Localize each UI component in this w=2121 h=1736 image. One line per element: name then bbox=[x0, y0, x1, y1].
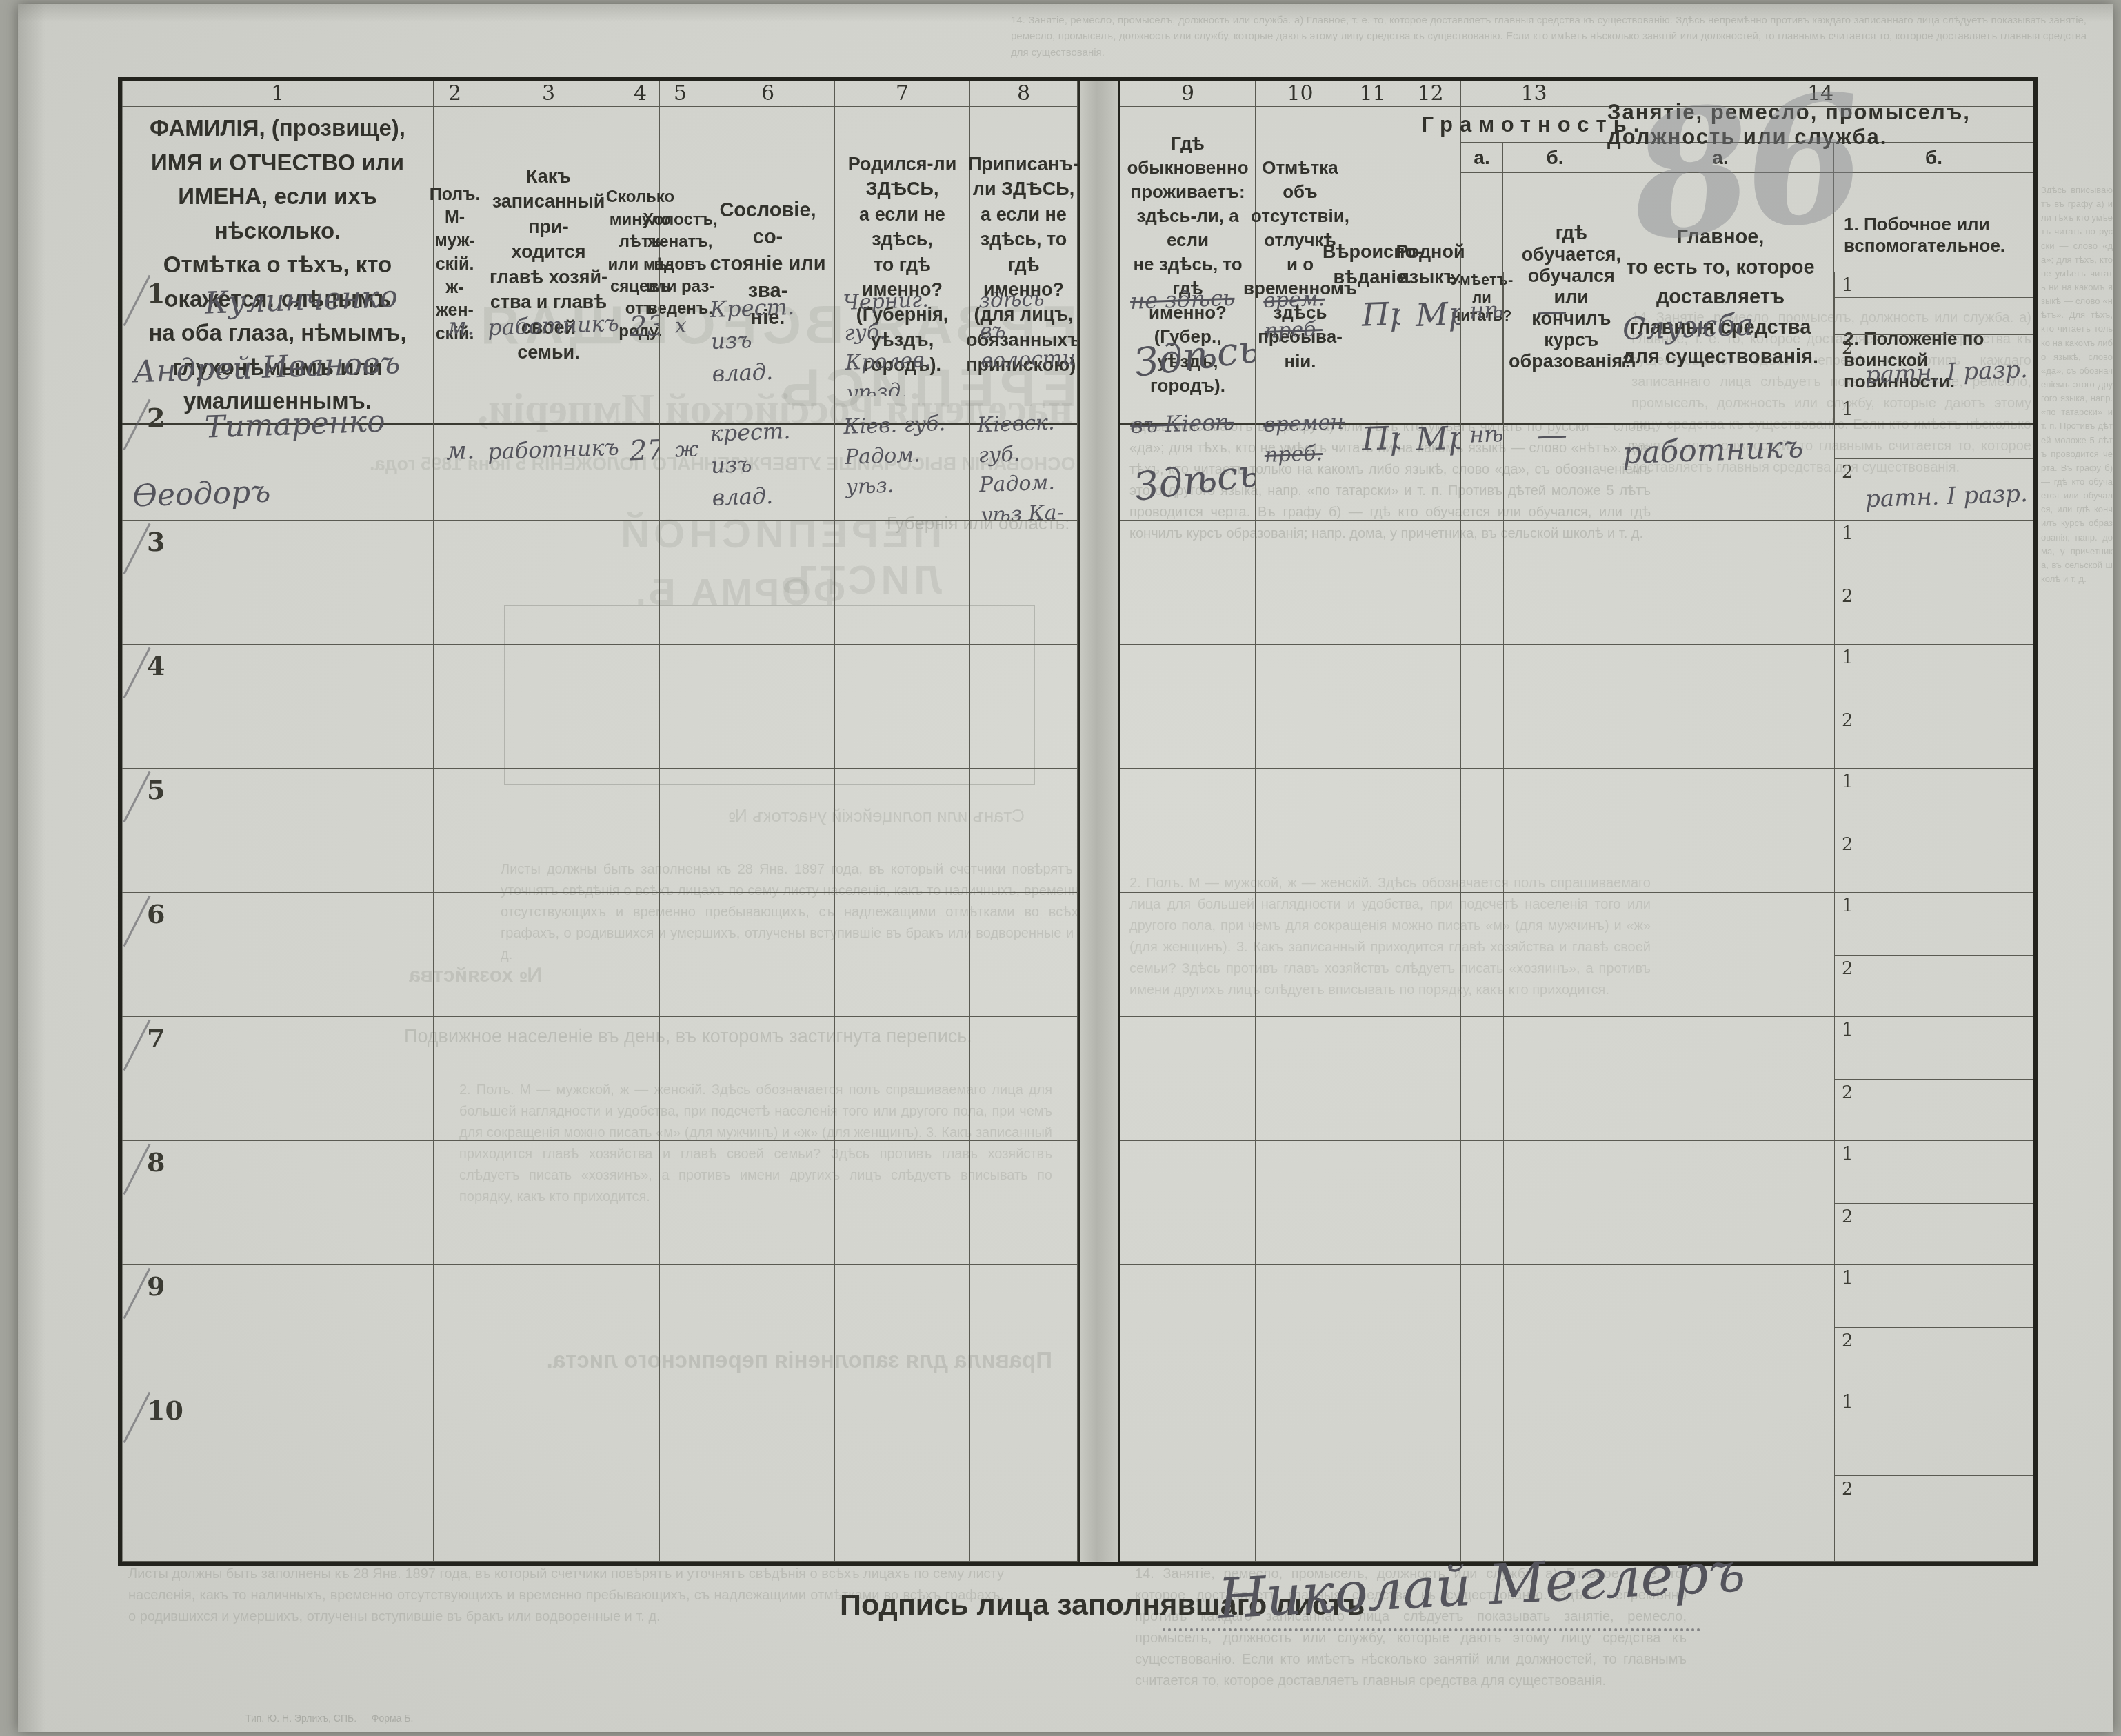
cell-registration bbox=[970, 1017, 1078, 1141]
handwritten-birthplace: Черниг. губ. Кролев. уѣзд. bbox=[843, 284, 966, 396]
row-number: 6 bbox=[147, 898, 165, 929]
cell-relation bbox=[476, 645, 621, 769]
handwritten-military-status bbox=[1865, 1345, 2033, 1351]
handwritten-absence-struck bbox=[1264, 1152, 1339, 1155]
handwritten-military-status bbox=[1865, 1221, 2033, 1227]
cell-literacy-b bbox=[1504, 1141, 1607, 1265]
handwritten-registration bbox=[980, 904, 1072, 907]
handwritten-age bbox=[630, 1051, 654, 1051]
cell-literacy-a: нѣт bbox=[1461, 396, 1504, 521]
cell-religion bbox=[1345, 893, 1400, 1017]
paper-sheet: ПЕРВАЯ ВСЕОБЩАЯ ПЕРЕПИСЬ населенія Россі… bbox=[18, 4, 2113, 1732]
table-row: 2 Титаренко Ѳеодоръ Даміановъ м. работни… bbox=[122, 396, 2033, 521]
cell-occupation-secondary: 1 2 ратн. I разр. bbox=[1835, 396, 2033, 521]
handwritten-relation bbox=[487, 556, 615, 560]
cell-name: 3 bbox=[122, 521, 434, 645]
handwritten-education bbox=[1537, 1280, 1601, 1282]
cell-estate bbox=[701, 1389, 835, 1562]
cell-birthplace bbox=[835, 1017, 970, 1141]
handwritten-sex: м. bbox=[445, 309, 471, 345]
cell-registration bbox=[970, 1389, 1078, 1562]
cell-estate bbox=[701, 1017, 835, 1141]
handwritten-relation bbox=[487, 1176, 615, 1180]
handwritten-literacy bbox=[1469, 914, 1498, 915]
column-number: 1 bbox=[122, 81, 433, 107]
handwritten-education bbox=[1537, 1404, 1601, 1406]
military-status-subcell: 2 ратн. I разр. bbox=[1835, 334, 2033, 396]
cell-residence bbox=[1120, 521, 1256, 645]
cell-relation bbox=[476, 521, 621, 645]
handwritten-surname: Кулинченко bbox=[204, 274, 428, 325]
handwritten-education bbox=[1537, 536, 1601, 538]
cell-literacy-a bbox=[1461, 769, 1504, 893]
subrow-number: 1 bbox=[1842, 1020, 1853, 1040]
handwritten-language bbox=[1416, 1160, 1455, 1161]
cell-occupation-main bbox=[1607, 769, 1835, 893]
cell-native-language bbox=[1400, 1389, 1461, 1562]
cell-literacy-b bbox=[1504, 769, 1607, 893]
cell-name: 2 Титаренко Ѳеодоръ Даміановъ bbox=[122, 396, 434, 521]
handwritten-military-status bbox=[1865, 849, 2033, 855]
cell-literacy-a bbox=[1461, 521, 1504, 645]
cell-marital-status bbox=[660, 769, 701, 893]
row-number: 8 bbox=[147, 1147, 165, 1178]
cell-absence-note bbox=[1256, 645, 1345, 769]
handwritten-military-status: ратн. I разр. bbox=[1864, 476, 2033, 516]
cell-religion: Пр. bbox=[1345, 272, 1400, 396]
column-number: 13 bbox=[1461, 81, 1607, 107]
handwritten-relation bbox=[487, 804, 615, 808]
cell-literacy-b: — bbox=[1504, 272, 1607, 396]
handwritten-marital: ж. bbox=[674, 435, 696, 465]
handwritten-residence-struck: въ Кіевѣ bbox=[1129, 405, 1250, 441]
cell-name: 8 bbox=[122, 1141, 434, 1265]
handwritten-sex bbox=[446, 681, 470, 682]
handwritten-education: — bbox=[1536, 287, 1602, 334]
handwritten-sex bbox=[446, 805, 470, 806]
page-fold-seam bbox=[1078, 1389, 1120, 1562]
handwritten-side-occupation bbox=[1865, 414, 2033, 421]
handwritten-literacy bbox=[1469, 1286, 1498, 1287]
handwritten-occupation bbox=[1622, 549, 1829, 556]
occupation-side-subcell: 1 bbox=[1835, 521, 2033, 583]
handwritten-relation: работникъ bbox=[487, 307, 616, 344]
cell-sex bbox=[434, 1017, 476, 1141]
cell-registration bbox=[970, 1265, 1078, 1389]
cell-relation bbox=[476, 1017, 621, 1141]
handwritten-occupation bbox=[1622, 1417, 1829, 1424]
handwritten-registration bbox=[980, 532, 1072, 535]
handwritten-side-occupation bbox=[1865, 911, 2033, 917]
cell-registration: здѣсь въ волости bbox=[970, 272, 1078, 396]
handwritten-estate: Крест. изъ влад. bbox=[710, 290, 831, 390]
handwritten-given-names bbox=[133, 1288, 428, 1298]
cell-name: 6 bbox=[122, 893, 434, 1017]
handwritten-residence-struck bbox=[1130, 1026, 1249, 1030]
cell-relation bbox=[476, 1389, 621, 1562]
cell-literacy-a bbox=[1461, 1389, 1504, 1562]
column-number: 6 bbox=[701, 81, 834, 107]
scanned-census-sheet: { "sheet_number": "86", "header": { "c1"… bbox=[0, 0, 2121, 1736]
cell-literacy-a: нѣт bbox=[1461, 272, 1504, 396]
cell-marital-status bbox=[660, 1017, 701, 1141]
handwritten-literacy bbox=[1469, 542, 1498, 543]
cell-occupation-main bbox=[1607, 1265, 1835, 1389]
handwritten-sex bbox=[446, 1426, 470, 1426]
handwritten-residence-struck bbox=[1130, 1150, 1249, 1154]
cell-estate bbox=[701, 893, 835, 1017]
cell-literacy-a bbox=[1461, 1141, 1504, 1265]
handwritten-language: Мр. bbox=[1415, 415, 1456, 463]
handwritten-surname bbox=[205, 1142, 428, 1150]
handwritten-residence-struck bbox=[1130, 1274, 1249, 1278]
handwritten-side-occupation bbox=[1865, 663, 2033, 669]
cell-literacy-a bbox=[1461, 1265, 1504, 1389]
cell-residence: не здѣсь Здѣсь bbox=[1120, 272, 1256, 396]
subrow-number: 2 bbox=[1842, 1479, 1853, 1500]
subrow-number: 1 bbox=[1842, 896, 1853, 916]
bleedthrough-margin-smallprint: Здѣсь вписываютъ въ графу а) или тѣхъ кт… bbox=[2041, 183, 2113, 1617]
cell-religion bbox=[1345, 645, 1400, 769]
handwritten-occupation bbox=[1622, 1045, 1829, 1052]
cell-birthplace bbox=[835, 645, 970, 769]
cell-age bbox=[621, 1389, 660, 1562]
cell-literacy-b bbox=[1504, 1017, 1607, 1141]
cell-age bbox=[621, 1017, 660, 1141]
handwritten-marital bbox=[675, 683, 695, 683]
cell-birthplace bbox=[835, 1265, 970, 1389]
handwritten-language bbox=[1416, 787, 1455, 789]
cell-occupation-secondary: 1 2 bbox=[1835, 769, 2033, 893]
handwritten-marital bbox=[675, 1303, 695, 1304]
cell-occupation-secondary: 1 2 bbox=[1835, 1141, 2033, 1265]
handwritten-registration bbox=[980, 1400, 1072, 1404]
table-body: 1 Кулинченко Андрей Ивановъ м. работникъ… bbox=[122, 272, 2033, 1562]
handwritten-estate bbox=[711, 1034, 829, 1038]
subrow-number: 2 bbox=[1842, 710, 1853, 731]
table-row: 3 1 2 bbox=[122, 521, 2033, 645]
handwritten-side-occupation bbox=[1865, 538, 2033, 545]
cell-registration: Кіевск. губ. Радом. уѣз Ка- рабач. общ. bbox=[970, 396, 1078, 521]
row-number: 4 bbox=[147, 650, 165, 681]
handwritten-absence-struck bbox=[1264, 1400, 1339, 1403]
literacy-ab-row: а. б. bbox=[1461, 143, 1607, 173]
handwritten-marital bbox=[675, 1427, 695, 1428]
handwritten-religion bbox=[1362, 1284, 1394, 1285]
handwritten-language bbox=[1416, 1284, 1455, 1285]
cell-name: 5 bbox=[122, 769, 434, 893]
page-fold-seam bbox=[1078, 1265, 1120, 1389]
handwritten-side-occupation bbox=[1865, 1035, 2033, 1041]
handwritten-religion bbox=[1362, 1036, 1394, 1037]
handwritten-literacy: нѣт bbox=[1469, 418, 1498, 451]
occupation-side-subcell: 1 bbox=[1835, 1389, 2033, 1475]
cell-marital-status bbox=[660, 1265, 701, 1389]
cell-native-language bbox=[1400, 1017, 1461, 1141]
sheet-number-pencil: 86 bbox=[1622, 55, 1868, 281]
handwritten-marital bbox=[675, 931, 695, 931]
cell-marital-status bbox=[660, 521, 701, 645]
handwritten-religion bbox=[1362, 911, 1394, 913]
cell-absence-note: врем. преб. bbox=[1256, 272, 1345, 396]
cell-marital-status bbox=[660, 1141, 701, 1265]
cell-sex bbox=[434, 521, 476, 645]
cell-absence-note bbox=[1256, 769, 1345, 893]
cell-age bbox=[621, 769, 660, 893]
handwritten-absence-struck bbox=[1264, 904, 1339, 907]
subrow-number: 2 bbox=[1842, 1082, 1853, 1103]
cell-residence bbox=[1120, 1389, 1256, 1562]
literacy-title: Грамотность. bbox=[1461, 107, 1607, 143]
row-number: 10 bbox=[147, 1395, 183, 1426]
handwritten-registration bbox=[980, 1276, 1072, 1280]
handwritten-estate bbox=[711, 1158, 829, 1162]
handwritten-residence bbox=[1135, 1276, 1249, 1290]
handwritten-birthplace: Кіев. губ. Радом. уѣз. bbox=[843, 408, 965, 502]
handwritten-language bbox=[1416, 911, 1455, 913]
handwritten-side-occupation bbox=[1865, 1407, 2033, 1413]
occupation-side-subcell: 1 bbox=[1835, 1141, 2033, 1203]
table-row: 8 1 2 bbox=[122, 1141, 2033, 1265]
cell-sex: м. bbox=[434, 272, 476, 396]
cell-registration bbox=[970, 645, 1078, 769]
row-number: 9 bbox=[147, 1271, 165, 1302]
handwritten-language bbox=[1416, 1036, 1455, 1037]
subrow-number: 2 bbox=[1842, 834, 1853, 855]
handwritten-age: 23 bbox=[629, 306, 654, 347]
military-status-subcell: 2 bbox=[1835, 1203, 2033, 1265]
cell-birthplace bbox=[835, 893, 970, 1017]
cell-estate bbox=[701, 1265, 835, 1389]
handwritten-religion bbox=[1362, 1408, 1394, 1409]
cell-sex bbox=[434, 769, 476, 893]
handwritten-given-names bbox=[133, 916, 428, 926]
cell-estate bbox=[701, 521, 835, 645]
subrow-number: 1 bbox=[1842, 1392, 1853, 1413]
handwritten-given-names: Ѳеодоръ Даміановъ bbox=[132, 464, 429, 521]
handwritten-sex bbox=[446, 1178, 470, 1178]
column-number: 10 bbox=[1256, 81, 1345, 107]
cell-age bbox=[621, 1265, 660, 1389]
occupation-b-label: б. bbox=[1834, 143, 2033, 172]
handwritten-age bbox=[630, 1299, 654, 1300]
subrow-number: 2 bbox=[1842, 1331, 1853, 1351]
cell-occupation-main: работникъ bbox=[1607, 396, 1835, 521]
cell-relation bbox=[476, 893, 621, 1017]
cell-relation bbox=[476, 1141, 621, 1265]
handwritten-relation bbox=[487, 1424, 615, 1429]
handwritten-military-status: ратн. I разр. bbox=[1864, 352, 2033, 392]
cell-relation bbox=[476, 769, 621, 893]
table-row: 6 1 2 bbox=[122, 893, 2033, 1017]
handwritten-occupation: работникъ bbox=[1622, 425, 1829, 476]
cell-estate bbox=[701, 1141, 835, 1265]
cell-marital-status: ж. bbox=[660, 396, 701, 521]
handwritten-relation bbox=[487, 1300, 615, 1304]
handwritten-estate bbox=[711, 538, 829, 542]
handwritten-occupation bbox=[1622, 797, 1829, 804]
cell-absence-note bbox=[1256, 1141, 1345, 1265]
handwritten-age: 27 bbox=[629, 430, 654, 471]
handwritten-residence bbox=[1135, 656, 1249, 669]
handwritten-surname bbox=[205, 1018, 428, 1026]
page-fold-seam bbox=[1078, 1017, 1120, 1141]
cell-age bbox=[621, 645, 660, 769]
handwritten-military-status bbox=[1865, 600, 2033, 607]
cell-marital-status bbox=[660, 893, 701, 1017]
handwritten-age bbox=[630, 1175, 654, 1175]
handwritten-age bbox=[630, 678, 654, 679]
handwritten-surname bbox=[205, 1266, 428, 1274]
cell-relation: работникъ bbox=[476, 272, 621, 396]
cell-age bbox=[621, 521, 660, 645]
literacy-a-label: а. bbox=[1461, 143, 1503, 172]
subrow-number: 1 bbox=[1842, 523, 1853, 544]
subrow-number: 2 bbox=[1842, 586, 1853, 607]
table-row: 5 1 2 bbox=[122, 769, 2033, 893]
handwritten-estate bbox=[711, 1282, 829, 1286]
subrow-number: 2 bbox=[1842, 462, 1853, 483]
cell-absence-note bbox=[1256, 1017, 1345, 1141]
cell-residence bbox=[1120, 1141, 1256, 1265]
cell-birthplace: Черниг. губ. Кролев. уѣзд. bbox=[835, 272, 970, 396]
handwritten-education bbox=[1537, 660, 1601, 662]
cell-estate bbox=[701, 645, 835, 769]
handwritten-occupation: Служба bbox=[1622, 301, 1829, 352]
handwritten-birthplace bbox=[845, 532, 964, 536]
cell-name: 9 bbox=[122, 1265, 434, 1389]
handwritten-age bbox=[630, 927, 654, 927]
handwritten-occupation bbox=[1622, 921, 1829, 928]
subrow-number: 1 bbox=[1842, 1144, 1853, 1164]
handwritten-age bbox=[630, 554, 654, 555]
handwritten-relation bbox=[487, 680, 615, 684]
cell-occupation-main: Служба bbox=[1607, 272, 1835, 396]
handwritten-literacy: нѣт bbox=[1469, 294, 1498, 327]
subrow-number: 2 bbox=[1842, 958, 1853, 979]
column-number: 5 bbox=[660, 81, 701, 107]
handwritten-marital bbox=[675, 1179, 695, 1180]
handwritten-side-occupation bbox=[1865, 290, 2033, 296]
handwritten-residence-struck bbox=[1130, 778, 1249, 782]
cell-religion bbox=[1345, 1389, 1400, 1562]
handwritten-literacy bbox=[1469, 1162, 1498, 1163]
handwritten-residence bbox=[1135, 1028, 1249, 1042]
handwritten-religion bbox=[1362, 539, 1394, 541]
cell-residence bbox=[1120, 893, 1256, 1017]
cell-estate bbox=[701, 769, 835, 893]
handwritten-registration bbox=[980, 1152, 1072, 1155]
table-row: 10 1 2 bbox=[122, 1389, 2033, 1562]
handwritten-estate bbox=[711, 786, 829, 790]
cell-occupation-secondary: 1 2 ратн. I разр. bbox=[1835, 272, 2033, 396]
handwritten-surname bbox=[205, 770, 428, 778]
cell-literacy-b bbox=[1504, 893, 1607, 1017]
handwritten-military-status bbox=[1865, 725, 2033, 731]
handwritten-residence bbox=[1135, 1152, 1249, 1166]
cell-literacy-b bbox=[1504, 521, 1607, 645]
subrow-number: 2 bbox=[1842, 338, 1853, 359]
cell-native-language bbox=[1400, 645, 1461, 769]
military-status-subcell: 2 ратн. I разр. bbox=[1835, 458, 2033, 521]
handwritten-language bbox=[1416, 539, 1455, 541]
handwritten-given-names bbox=[133, 1164, 428, 1174]
cell-estate: крест. изъ влад. bbox=[701, 396, 835, 521]
handwritten-estate bbox=[711, 1406, 829, 1411]
cell-residence bbox=[1120, 645, 1256, 769]
handwritten-estate: крест. изъ влад. bbox=[710, 414, 831, 514]
handwritten-military-status bbox=[1865, 1097, 2033, 1103]
handwritten-registration bbox=[980, 780, 1072, 783]
cell-birthplace: Кіев. губ. Радом. уѣз. bbox=[835, 396, 970, 521]
handwritten-sex: м. bbox=[445, 433, 471, 470]
handwritten-birthplace bbox=[845, 905, 964, 909]
handwritten-given-names bbox=[133, 543, 428, 554]
cell-religion bbox=[1345, 521, 1400, 645]
handwritten-birthplace bbox=[845, 656, 964, 660]
handwritten-estate bbox=[711, 662, 829, 666]
handwritten-relation bbox=[487, 1052, 615, 1056]
handwritten-given-names: Андрей Ивановъ bbox=[132, 340, 428, 394]
military-status-subcell: 2 bbox=[1835, 831, 2033, 893]
handwritten-religion bbox=[1362, 787, 1394, 789]
occupation-side-subcell: 1 bbox=[1835, 645, 2033, 707]
cell-absence-note bbox=[1256, 1389, 1345, 1562]
cell-native-language bbox=[1400, 1141, 1461, 1265]
handwritten-education bbox=[1537, 1032, 1601, 1034]
cell-occupation-secondary: 1 2 bbox=[1835, 1265, 2033, 1389]
military-status-subcell: 2 bbox=[1835, 955, 2033, 1017]
cell-name: 7 bbox=[122, 1017, 434, 1141]
handwritten-given-names bbox=[133, 1040, 428, 1050]
occupation-side-subcell: 1 bbox=[1835, 396, 2033, 458]
subrow-number: 2 bbox=[1842, 1207, 1853, 1227]
cell-registration bbox=[970, 1141, 1078, 1265]
handwritten-occupation bbox=[1622, 673, 1829, 680]
handwritten-side-occupation bbox=[1865, 787, 2033, 793]
military-status-subcell: 2 bbox=[1835, 583, 2033, 645]
handwritten-language bbox=[1416, 663, 1455, 665]
handwritten-literacy bbox=[1469, 1411, 1498, 1411]
subrow-number: 1 bbox=[1842, 275, 1853, 296]
handwritten-residence bbox=[1135, 532, 1249, 545]
handwritten-religion: Пр. bbox=[1361, 415, 1395, 462]
handwritten-residence-struck bbox=[1130, 1398, 1249, 1402]
handwritten-literacy bbox=[1469, 790, 1498, 791]
handwritten-residence-struck bbox=[1130, 529, 1249, 534]
cell-marital-status: х bbox=[660, 272, 701, 396]
cell-name: 1 Кулинченко Андрей Ивановъ bbox=[122, 272, 434, 396]
cell-literacy-a bbox=[1461, 645, 1504, 769]
cell-absence-note bbox=[1256, 521, 1345, 645]
handwritten-birthplace bbox=[845, 1029, 964, 1033]
cell-occupation-main bbox=[1607, 1017, 1835, 1141]
column-number: 9 bbox=[1120, 81, 1255, 107]
column-number: 8 bbox=[970, 81, 1077, 107]
handwritten-religion: Пр. bbox=[1361, 291, 1395, 338]
cell-occupation-secondary: 1 2 bbox=[1835, 893, 2033, 1017]
handwritten-absence-struck bbox=[1264, 656, 1339, 658]
cell-religion bbox=[1345, 1265, 1400, 1389]
column-number: 3 bbox=[476, 81, 621, 107]
cell-name: 10 bbox=[122, 1389, 434, 1562]
cell-religion bbox=[1345, 769, 1400, 893]
handwritten-sex bbox=[446, 1302, 470, 1302]
subrow-number: 1 bbox=[1842, 399, 1853, 420]
handwritten-birthplace bbox=[845, 1401, 964, 1405]
handwritten-marital bbox=[675, 558, 695, 559]
column-number: 12 bbox=[1400, 81, 1460, 107]
